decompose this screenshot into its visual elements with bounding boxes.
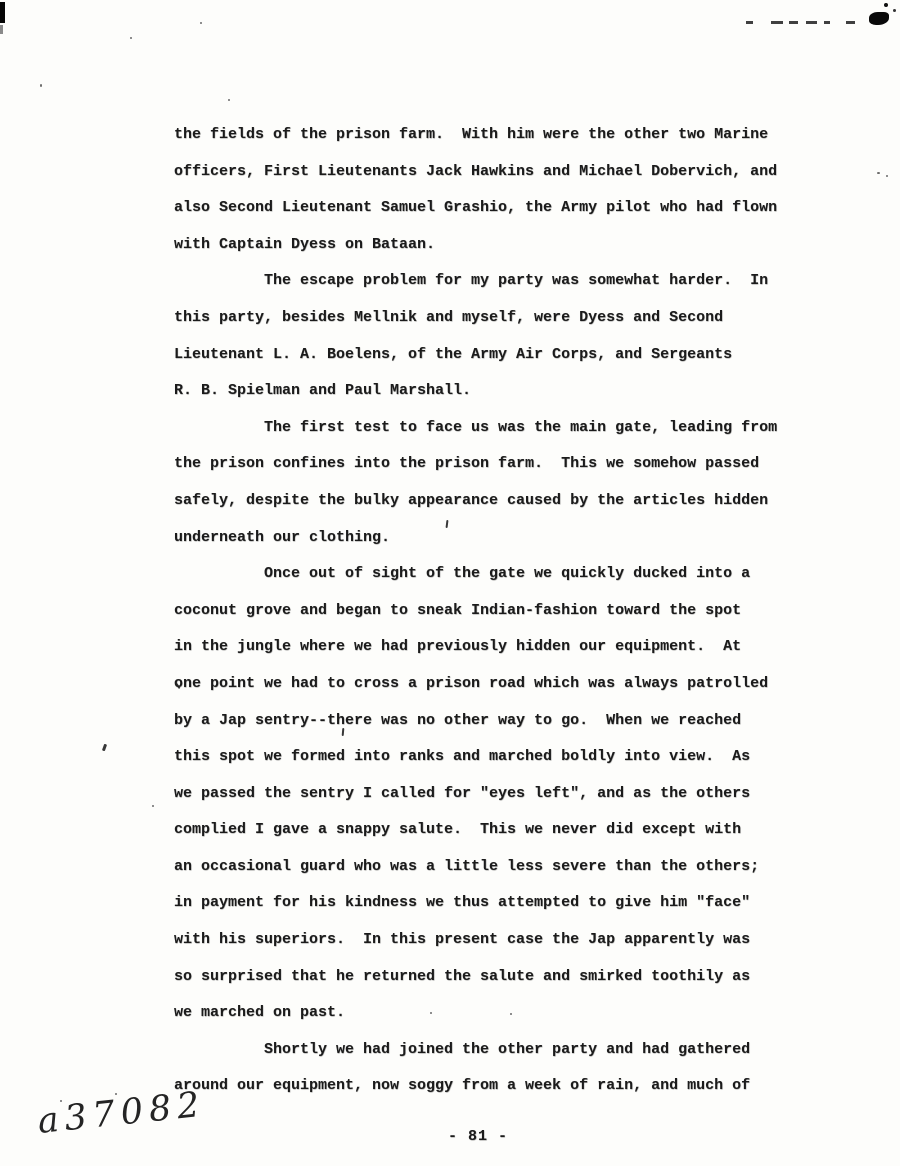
scan-speck xyxy=(893,9,896,12)
text-line: underneath our clothing. xyxy=(174,520,854,557)
text-line: also Second Lieutenant Samuel Grashio, t… xyxy=(174,190,854,227)
scan-speck xyxy=(130,37,132,39)
scan-dash xyxy=(824,21,830,24)
scan-speck xyxy=(152,805,154,807)
scan-artifact-top-left-faint xyxy=(0,25,3,34)
text-line: complied I gave a snappy salute. This we… xyxy=(174,812,854,849)
scan-artifact-top-left xyxy=(0,2,5,23)
text-line: The first test to face us was the main g… xyxy=(174,410,854,447)
scan-speck xyxy=(40,84,42,87)
scan-speck xyxy=(60,1100,62,1102)
text-line: the fields of the prison farm. With him … xyxy=(174,117,854,154)
text-line: the prison confines into the prison farm… xyxy=(174,446,854,483)
scan-dash xyxy=(846,21,855,24)
scan-speck xyxy=(200,22,202,24)
typewritten-text-block: the fields of the prison farm. With him … xyxy=(174,117,854,1105)
text-line: this party, besides Mellnik and myself, … xyxy=(174,300,854,337)
document-page: the fields of the prison farm. With him … xyxy=(0,0,900,1166)
scan-speck xyxy=(228,99,230,101)
scan-speck xyxy=(430,1012,432,1014)
text-line: one point we had to cross a prison road … xyxy=(174,666,854,703)
scan-dash xyxy=(789,21,798,24)
text-line: in the jungle where we had previously hi… xyxy=(174,629,854,666)
scan-speck xyxy=(886,175,888,177)
scan-speck xyxy=(884,3,888,7)
text-line: The escape problem for my party was some… xyxy=(174,263,854,300)
text-line: an occasional guard who was a little les… xyxy=(174,849,854,886)
text-line: Lieutenant L. A. Boelens, of the Army Ai… xyxy=(174,337,854,374)
scan-speck xyxy=(510,1013,512,1015)
handwritten-annotation: a37082 xyxy=(36,1085,207,1142)
text-line: Shortly we had joined the other party an… xyxy=(174,1032,854,1069)
stray-comma-mark xyxy=(102,744,107,752)
text-line: safely, despite the bulky appearance cau… xyxy=(174,483,854,520)
text-line: officers, First Lieutenants Jack Hawkins… xyxy=(174,154,854,191)
text-line: in payment for his kindness we thus atte… xyxy=(174,885,854,922)
text-line: with his superiors. In this present case… xyxy=(174,922,854,959)
text-line: this spot we formed into ranks and march… xyxy=(174,739,854,776)
scan-smudge-top-right xyxy=(869,12,889,25)
text-line: Once out of sight of the gate we quickly… xyxy=(174,556,854,593)
text-line: by a Jap sentry--there was no other way … xyxy=(174,703,854,740)
text-line: we passed the sentry I called for "eyes … xyxy=(174,776,854,813)
scan-speck xyxy=(115,1093,117,1095)
text-line: R. B. Spielman and Paul Marshall. xyxy=(174,373,854,410)
text-line: around our equipment, now soggy from a w… xyxy=(174,1068,854,1105)
page-number: - 81 - xyxy=(448,1128,508,1145)
text-line: so surprised that he returned the salute… xyxy=(174,959,854,996)
scan-dash xyxy=(746,21,753,24)
text-line: with Captain Dyess on Bataan. xyxy=(174,227,854,264)
scan-speck xyxy=(877,172,880,174)
text-line: coconut grove and began to sneak Indian-… xyxy=(174,593,854,630)
text-line: we marched on past. xyxy=(174,995,854,1032)
scan-dash xyxy=(806,21,817,24)
scan-dash xyxy=(771,21,783,24)
